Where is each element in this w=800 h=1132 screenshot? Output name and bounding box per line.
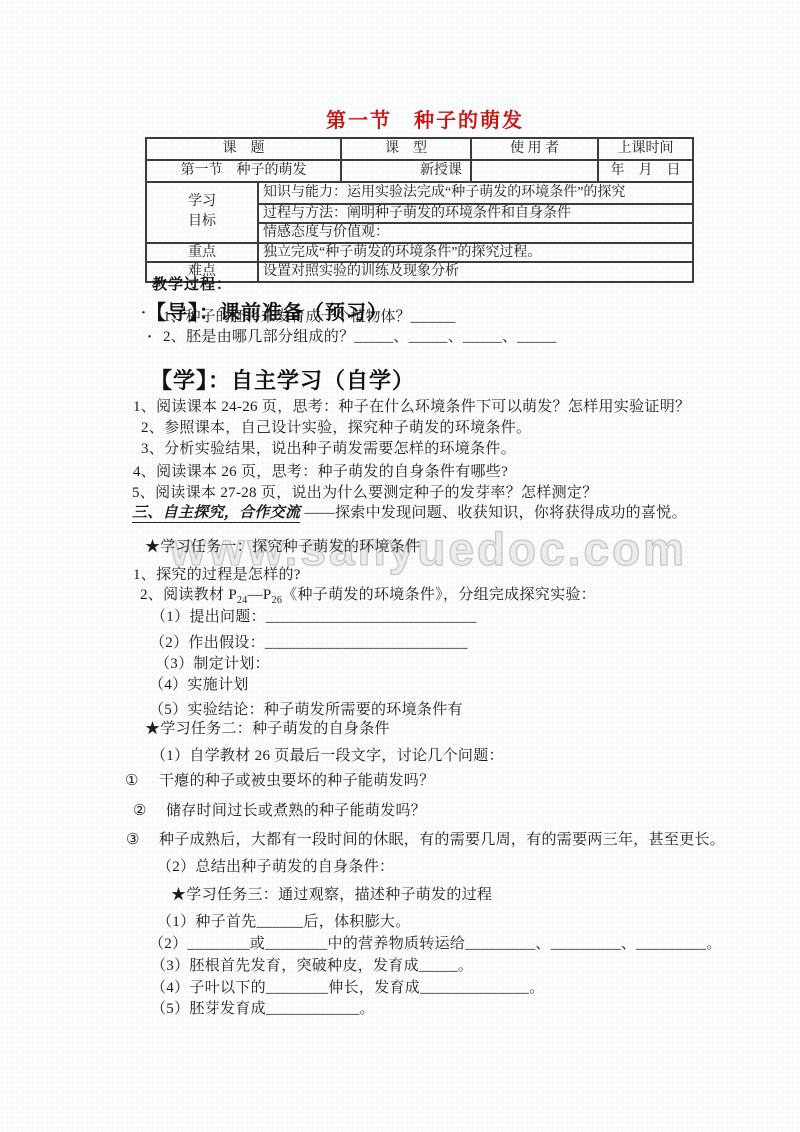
header-user: 使 用 者 bbox=[471, 138, 598, 160]
page-title: 第一节 种子的萌发 bbox=[145, 104, 705, 133]
task1-read-mid: —P bbox=[248, 587, 272, 603]
goal-row-1: 学习 目标 知识与能力：运用实验法完成“种子萌发的环境条件”的探究 bbox=[146, 182, 693, 204]
task1-read-pre: 2、阅读教材 P bbox=[140, 587, 237, 603]
value-type: 新授课 bbox=[341, 160, 471, 182]
explore-line: 三、自主探究，合作交流 ——探索中发现问题、收获知识，你将获得成功的喜悦。 bbox=[132, 504, 687, 522]
header-time: 上课时间 bbox=[598, 138, 693, 160]
task1-step-execute: （4）实施计划 bbox=[149, 676, 249, 694]
task1-step-hypothesis: （2）作出假设：__________________________ bbox=[150, 634, 468, 652]
task1-step-question: （1）提出问题：___________________________ bbox=[151, 608, 477, 626]
circled-number-1: ① bbox=[125, 772, 139, 790]
task1-read-post: 《种子萌发的环境条件》，分组完成探究实验： bbox=[282, 587, 596, 603]
table-value-row: 第一节 种子的萌发 新授课 年 月 日 bbox=[146, 160, 693, 182]
task2-question-3: 种子成熟后，大都有一段时间的休眠，有的需要几周，有的需要两三年，甚至更长。 bbox=[159, 831, 725, 849]
task1-step-conclusion: （5）实验结论：种子萌发所需要的环境条件有 bbox=[149, 701, 463, 719]
task2-question-2: 储存时间过长或煮熟的种子能萌发吗？ bbox=[166, 802, 426, 820]
task1-heading: ★学习任务一：探究种子萌发的环境条件 bbox=[145, 538, 420, 556]
header-topic: 课 题 bbox=[146, 138, 341, 160]
explore-rest-text: ——探索中发现问题、收获知识，你将获得成功的喜悦。 bbox=[304, 505, 687, 521]
goal-label: 学习 目标 bbox=[146, 182, 258, 243]
goal-item-emotion: 情感态度与价值观： bbox=[258, 223, 693, 242]
lesson-info-table: 课 题 课 型 使 用 者 上课时间 第一节 种子的萌发 新授课 年 月 日 学… bbox=[145, 137, 692, 283]
xue-heading: 【学】：自主学习（自学） bbox=[150, 364, 415, 395]
goal-item-method: 过程与方法：阐明种子萌发的环境条件和自身条件 bbox=[258, 204, 693, 223]
task1-read-line: 2、阅读教材 P24—P26《种子萌发的环境条件》，分组完成探究实验： bbox=[140, 586, 596, 607]
task3-step-5: （5）胚芽发育成____________。 bbox=[151, 1000, 375, 1018]
goal-label-line2: 目标 bbox=[151, 212, 253, 232]
value-topic: 第一节 种子的萌发 bbox=[146, 160, 341, 182]
explore-underlined-text: 三、自主探究，合作交流 bbox=[132, 505, 300, 523]
goal-label-line1: 学习 bbox=[151, 192, 253, 212]
task1-process-question: 1、探究的过程是怎样的? bbox=[133, 566, 301, 584]
task2-summary: （2）总结出种子萌发的自身条件： bbox=[157, 858, 394, 876]
value-user bbox=[471, 160, 598, 182]
difficulty-text: 设置对照实验的训练及现象分析 bbox=[258, 262, 693, 281]
page-subscript-24: 24 bbox=[237, 595, 248, 606]
dao-question-2: 2、胚是由哪几部分组成的？_____、_____、_____、_____ bbox=[163, 328, 556, 346]
xue-item-1: 1、阅读课本 24-26 页，思考：种子在什么环境条件下可以萌发？怎样用实验证明… bbox=[133, 398, 690, 416]
task3-step-2: （2）________或________中的营养物质转运给_________、_… bbox=[149, 935, 722, 953]
xue-item-4: 4、阅读课本 26 页，思考：种子萌发的自身条件有哪些? bbox=[133, 463, 508, 481]
key-point-row: 重点 独立完成“种子萌发的环境条件”的探究过程。 bbox=[146, 243, 693, 262]
task2-intro: （1）自学教材 26 页最后一段文字，讨论几个问题： bbox=[151, 747, 504, 765]
task3-step-1: （1）种子首先______后，体积膨大。 bbox=[157, 913, 411, 931]
task2-question-1: 干瘪的种子或被虫要坏的种子能萌发吗？ bbox=[159, 772, 434, 790]
task1-step-plan: （3）制定计划： bbox=[155, 655, 270, 673]
task3-heading: ★学习任务三：通过观察，描述种子萌发的过程 bbox=[171, 886, 492, 904]
circled-number-3: ③ bbox=[126, 831, 140, 849]
teaching-process-label: 教学过程： bbox=[152, 273, 232, 294]
xue-item-5: 5、阅读课本 27-28 页，说出为什么要测定种子的发芽率？怎样测定？ bbox=[132, 484, 598, 502]
key-point-text: 独立完成“种子萌发的环境条件”的探究过程。 bbox=[258, 243, 693, 262]
task3-step-3: （3）胚根首先发育，突破种皮，发育成_____。 bbox=[151, 957, 473, 975]
document-page: www.sanyuedoc.com 第一节 种子的萌发 课 题 课 型 使 用 … bbox=[0, 0, 800, 1132]
xue-item-2: 2、参照课本，自己设计实验，探究种子萌发的环境条件。 bbox=[141, 419, 531, 437]
dao-heading: 【导】：课前准备（预习） bbox=[146, 296, 388, 325]
xue-item-3: 3、分析实验结果，说出种子萌发需要怎样的环境条件。 bbox=[141, 440, 516, 458]
circled-number-2: ② bbox=[133, 802, 147, 820]
value-time: 年 月 日 bbox=[598, 160, 693, 182]
header-type: 课 型 bbox=[341, 138, 471, 160]
task2-heading: ★学习任务二：种子萌发的自身条件 bbox=[145, 720, 390, 738]
task3-step-4: （4）子叶以下的________伸长，发育成______________。 bbox=[151, 979, 545, 997]
page-subscript-26: 26 bbox=[272, 595, 283, 606]
goal-item-knowledge: 知识与能力：运用实验法完成“种子萌发的环境条件”的探究 bbox=[258, 182, 693, 204]
bullet-dot: · bbox=[147, 328, 152, 346]
key-point-label: 重点 bbox=[146, 243, 258, 262]
table-header-row: 课 题 课 型 使 用 者 上课时间 bbox=[146, 138, 693, 160]
